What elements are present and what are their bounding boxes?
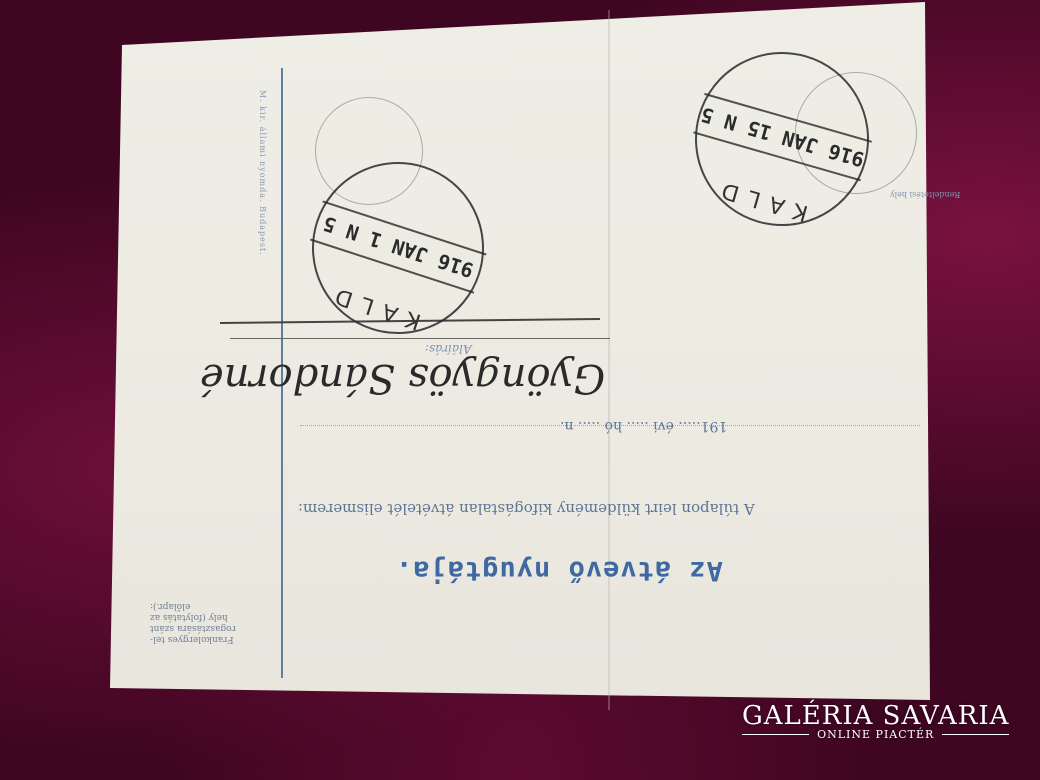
watermark: GALÉRIA SAVARIA ONLINE PIACTÉR — [742, 702, 1009, 741]
postmark-date: 916 JAN 1 N 5 — [320, 211, 476, 282]
watermark-rule — [742, 734, 809, 735]
watermark-brand: GALÉRIA SAVARIA — [742, 702, 1009, 730]
date-line: 191..... évi ..... hó ..... n. — [560, 418, 727, 434]
acknowledgement-text: A túlapon leirt küldemény kifogástalan á… — [298, 500, 755, 518]
photo-scene: M. kir. állami nyomda. Budapest. Rendelt… — [0, 0, 1040, 780]
signature-label: Aláírás: — [425, 342, 472, 356]
watermark-rule — [942, 734, 1009, 735]
paper-fold — [608, 10, 610, 710]
signature-rule — [230, 338, 610, 339]
printer-imprint: M. kir. állami nyomda. Budapest. — [258, 90, 267, 256]
office-label: Rendeltetési hely — [890, 190, 960, 199]
document-title: Az átvevő nyugtája. — [395, 555, 723, 586]
handwritten-signature: Gyöngyös Sándorné — [200, 355, 605, 401]
postmark-date: 916 JAN 15 N 5 — [698, 102, 867, 172]
watermark-tagline: ONLINE PIACTÉR — [817, 728, 934, 741]
side-note: Frankolergyes tel- rogasztására szánt he… — [150, 600, 236, 644]
